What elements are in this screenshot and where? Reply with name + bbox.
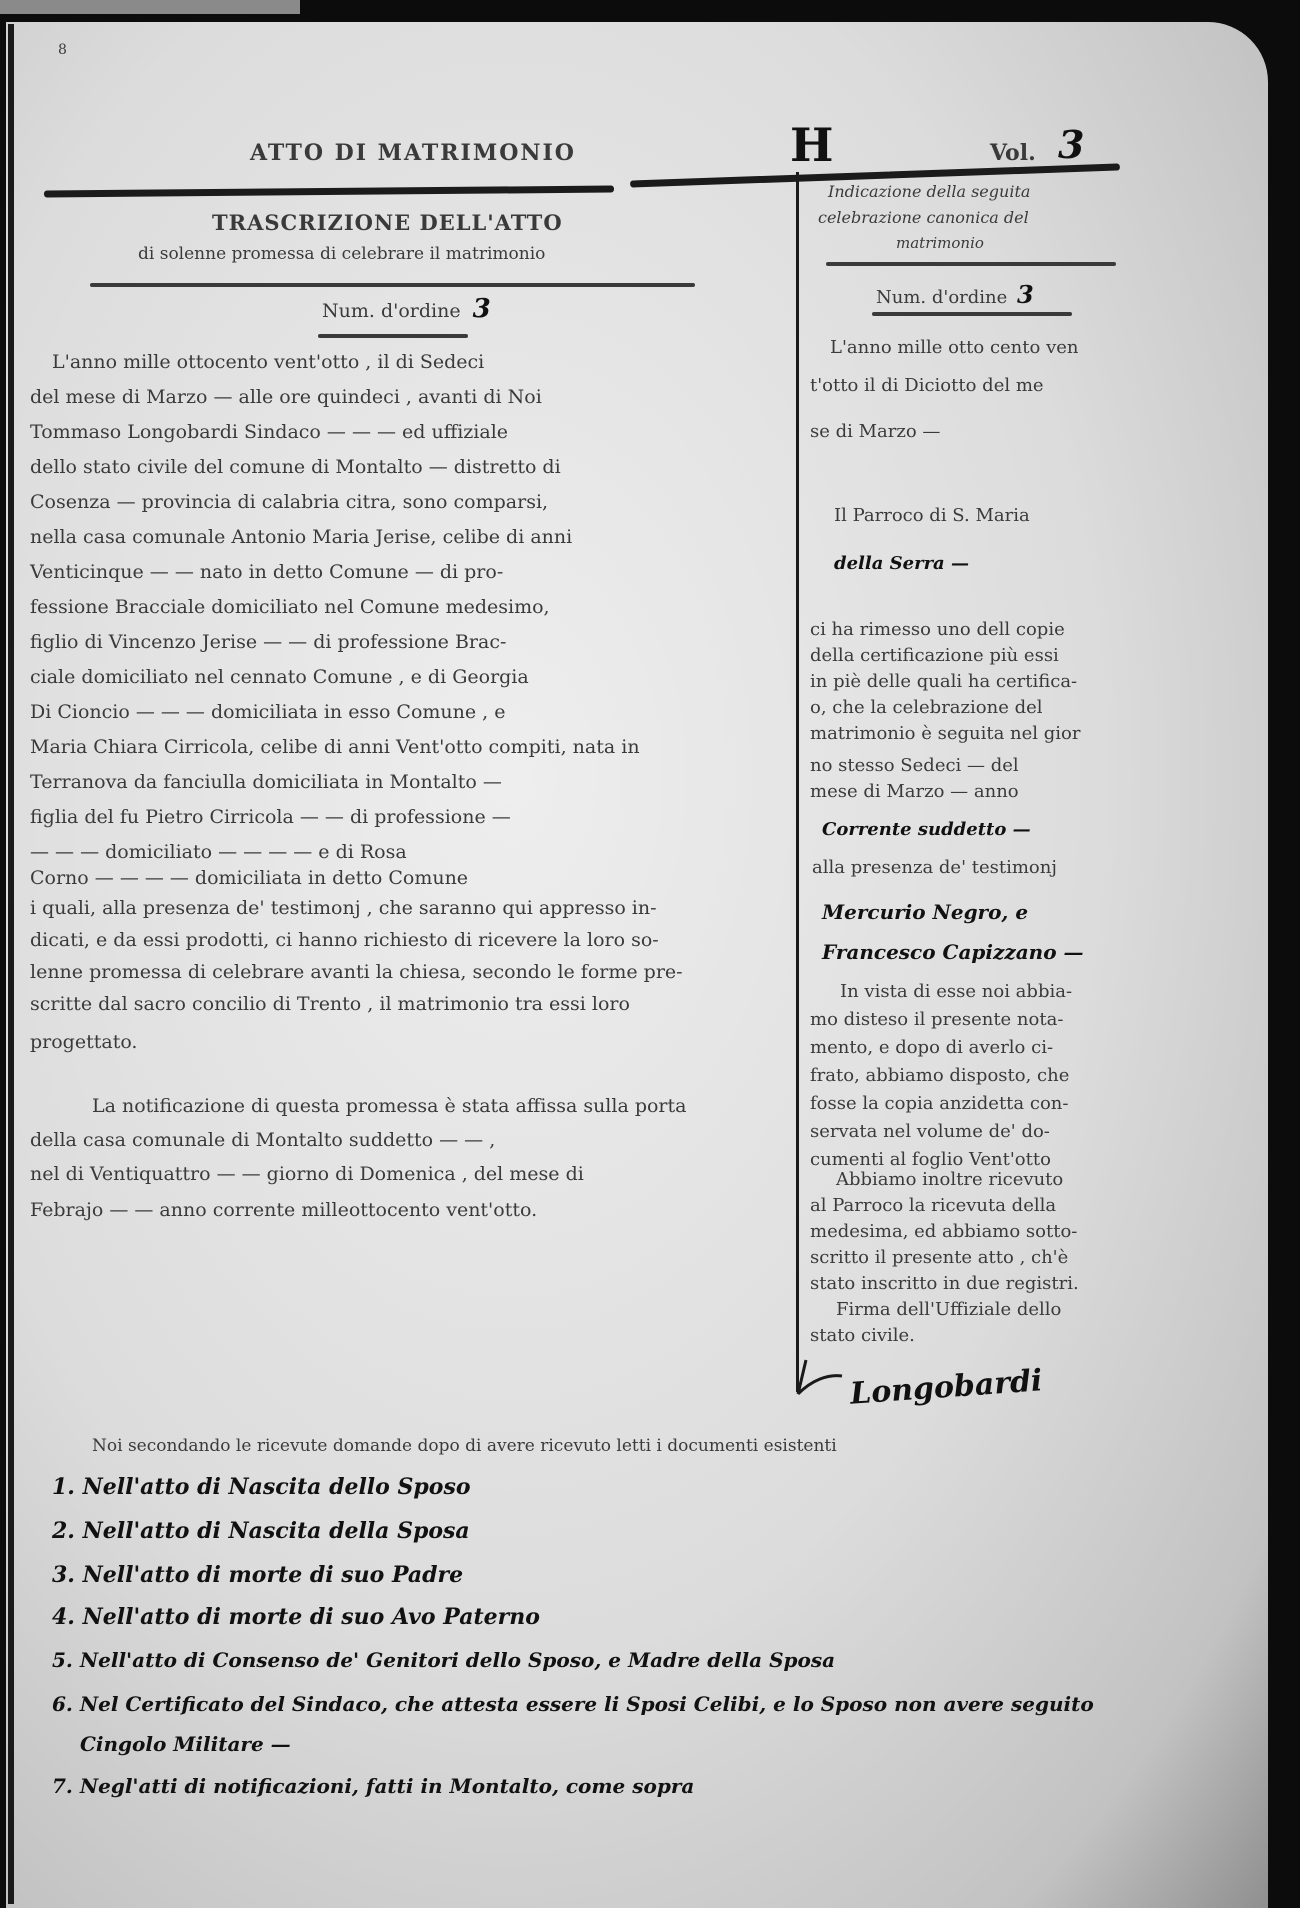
document-list-item: 7. Negl'atti di notificazioni, fatti in … xyxy=(52,1774,694,1798)
document-list-item: 1. Nell'atto di Nascita dello Sposo xyxy=(52,1474,471,1500)
right-closing-line: stato inscritto in due registri. xyxy=(810,1272,1079,1296)
right-body-line: della certificazione più essi xyxy=(810,644,1059,668)
right-body-line: in piè delle quali ha certifica- xyxy=(810,670,1077,694)
binding-edge xyxy=(8,24,14,1904)
right-order-number-row: Num. d'ordine 3 xyxy=(876,280,1034,309)
volume-number: 3 xyxy=(1058,122,1084,167)
right-closing-line: frato, abbiamo disposto, che xyxy=(810,1064,1069,1088)
left-body-line: dello stato civile del comune di Montalt… xyxy=(30,455,561,479)
left-body-line: ciale domiciliato nel cennato Comune , e… xyxy=(30,665,529,689)
left-body-line: figlio di Vincenzo Jerise — — di profess… xyxy=(30,630,506,654)
notification-line: Febrajo — — anno corrente milleottocento… xyxy=(30,1198,537,1222)
left-body-line: L'anno mille ottocento vent'otto , il di… xyxy=(52,350,484,374)
document-list-item: 2. Nell'atto di Nascita della Sposa xyxy=(52,1518,470,1544)
left-body-line: Cosenza — provincia di calabria citra, s… xyxy=(30,490,548,514)
page-marker: 8 xyxy=(58,42,67,58)
right-body-line: ci ha rimesso uno dell copie xyxy=(810,618,1065,642)
right-closing-line: Abbiamo inoltre ricevuto xyxy=(836,1168,1063,1192)
left-body-line: lenne promessa di celebrare avanti la ch… xyxy=(30,960,683,984)
right-title-rule xyxy=(826,262,1116,266)
document-list-item: 6. Nel Certificato del Sindaco, che atte… xyxy=(52,1692,1094,1716)
right-date-line: t'otto il di Diciotto del me xyxy=(810,374,1044,398)
left-body-line: Terranova da fanciulla domiciliata in Mo… xyxy=(30,770,502,794)
left-body-line: Corno — — — — domiciliata in detto Comun… xyxy=(30,866,468,890)
left-body-line: fessione Bracciale domiciliato nel Comun… xyxy=(30,595,550,619)
right-closing-line: medesima, ed abbiamo sotto- xyxy=(810,1220,1077,1244)
right-body-line: Corrente suddetto — xyxy=(822,818,1031,842)
document-list-item: 5. Nell'atto di Consenso de' Genitori de… xyxy=(52,1648,835,1672)
notification-line: La notificazione di questa promessa è st… xyxy=(92,1094,686,1118)
right-parish-line: Il Parroco di S. Maria xyxy=(834,504,1030,528)
right-body-line: alla presenza de' testimonj xyxy=(812,856,1057,880)
left-body-line: nella casa comunale Antonio Maria Jerise… xyxy=(30,525,572,549)
left-body-line: progettato. xyxy=(30,1030,137,1054)
right-closing-line: servata nel volume de' do- xyxy=(810,1120,1050,1144)
scan-edge xyxy=(0,0,300,14)
right-closing-line: scritto il presente atto , ch'è xyxy=(810,1246,1068,1270)
right-closing-line: mento, e dopo di averlo ci- xyxy=(810,1036,1053,1060)
left-section-title: TRASCRIZIONE DELL'ATTO xyxy=(212,210,563,235)
right-parish-line: della Serra — xyxy=(834,552,969,576)
witness-name: Mercurio Negro, e xyxy=(822,900,1028,924)
right-body-line: mese di Marzo — anno xyxy=(810,780,1019,804)
right-title-line: celebrazione canonica del xyxy=(818,208,1029,227)
left-order-number-row: Num. d'ordine 3 xyxy=(322,294,491,324)
left-body-line: Tommaso Longobardi Sindaco — — — ed uffi… xyxy=(30,420,508,444)
witness-name: Francesco Capizzano — xyxy=(822,940,1084,964)
document-list-item: 3. Nell'atto di morte di suo Padre xyxy=(52,1562,463,1588)
right-closing-line: al Parroco la ricevuta della xyxy=(810,1194,1056,1218)
right-title-line: matrimonio xyxy=(896,234,984,252)
left-body-line: scritte dal sacro concilio di Trento , i… xyxy=(30,992,630,1016)
document-list-item: Cingolo Militare — xyxy=(80,1732,291,1756)
right-body-line: no stesso Sedeci — del xyxy=(810,754,1019,778)
right-body-line: o, che la celebrazione del xyxy=(810,696,1043,720)
right-closing-line: mo disteso il presente nota- xyxy=(810,1008,1063,1032)
right-order-rule xyxy=(872,312,1072,316)
left-body-line: dicati, e da essi prodotti, ci hanno ric… xyxy=(30,928,659,952)
left-subtitle-rule xyxy=(90,283,695,287)
notification-line: della casa comunale di Montalto suddetto… xyxy=(30,1128,495,1152)
notification-line: nel di Ventiquattro — — giorno di Domeni… xyxy=(30,1162,584,1186)
right-order-label: Num. d'ordine xyxy=(876,287,1007,308)
left-body-line: Maria Chiara Cirricola, celibe di anni V… xyxy=(30,735,640,759)
right-closing-line: Firma dell'Uffiziale dello xyxy=(836,1298,1061,1322)
left-body-line: del mese di Marzo — alle ore quindeci , … xyxy=(30,385,542,409)
left-body-line: i quali, alla presenza de' testimonj , c… xyxy=(30,896,657,920)
left-body-line: Di Cioncio — — — domiciliata in esso Com… xyxy=(30,700,506,724)
left-body-line: figlia del fu Pietro Cirricola — — di pr… xyxy=(30,805,511,829)
volume-label: Vol. xyxy=(990,140,1036,166)
right-title-line: Indicazione della seguita xyxy=(828,182,1030,201)
right-closing-line: fosse la copia anzidetta con- xyxy=(810,1092,1068,1116)
left-body-line: — — — domiciliato — — — — e di Rosa xyxy=(30,840,407,864)
document-list-item: 4. Nell'atto di morte di suo Avo Paterno xyxy=(52,1604,540,1630)
left-order-number: 3 xyxy=(473,294,491,324)
right-body-line: matrimonio è seguita nel gior xyxy=(810,722,1080,746)
right-closing-line: stato civile. xyxy=(810,1324,915,1348)
footer-intro: Noi secondando le ricevute domande dopo … xyxy=(92,1436,837,1456)
right-date-line: L'anno mille otto cento ven xyxy=(830,336,1078,360)
register-mark: H xyxy=(790,118,833,172)
left-body-line: Venticinque — — nato in detto Comune — d… xyxy=(30,560,503,584)
left-order-rule xyxy=(318,334,468,338)
signature-flourish-icon xyxy=(792,1350,852,1400)
right-closing-line: In vista di esse noi abbia- xyxy=(840,980,1072,1004)
column-divider xyxy=(796,172,799,1392)
right-order-number: 3 xyxy=(1017,280,1034,309)
left-order-label: Num. d'ordine xyxy=(322,300,461,322)
document-title: ATTO DI MATRIMONIO xyxy=(250,140,576,166)
right-date-line: se di Marzo — xyxy=(810,420,940,444)
left-section-subtitle: di solenne promessa di celebrare il matr… xyxy=(138,244,545,264)
